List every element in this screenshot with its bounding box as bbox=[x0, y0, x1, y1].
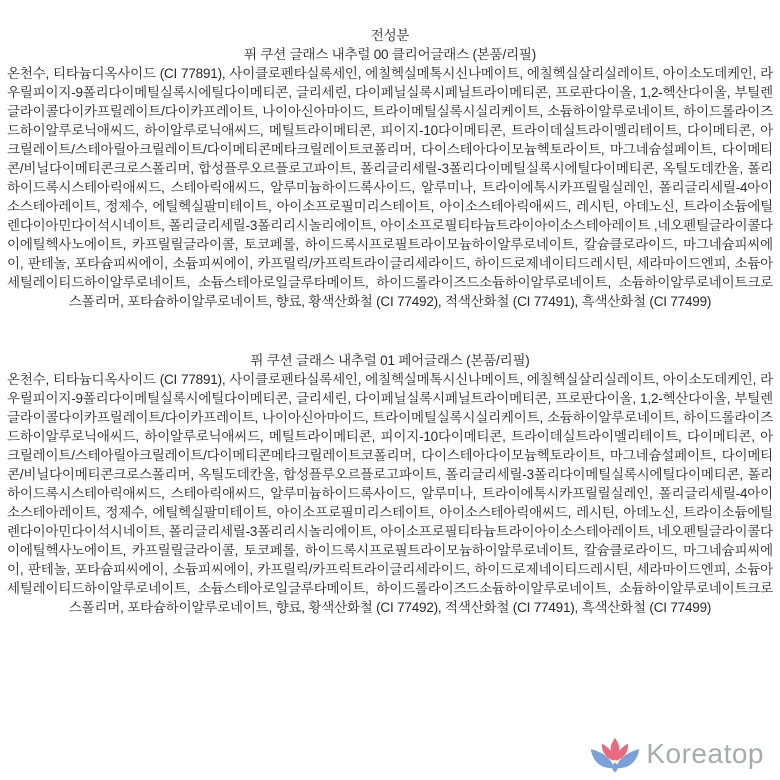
ingredients-text-01: 온천수, 티타늄디옥사이드 (CI 77891), 사이클로펜타실록세인, 에칠… bbox=[7, 370, 773, 617]
lotus-icon bbox=[590, 734, 640, 774]
product-section-01: 퓌 쿠션 글래스 내추럴 01 페어글래스 (본품/리필) 온천수, 티타늄디옥… bbox=[7, 351, 773, 617]
ingredients-text-00: 온천수, 티타늄디옥사이드 (CI 77891), 사이클로펜타실록세인, 에칠… bbox=[7, 64, 773, 311]
product-section-00: 퓌 쿠션 글래스 내추럴 00 클리어글래스 (본품/리필) 온천수, 티타늄디… bbox=[7, 45, 773, 311]
brand-name: Koreatop bbox=[646, 734, 764, 774]
product-name-00: 퓌 쿠션 글래스 내추럴 00 클리어글래스 (본품/리필) bbox=[7, 45, 773, 64]
brand-logo: Koreatop bbox=[590, 734, 764, 774]
page-title: 전성분 bbox=[7, 26, 773, 45]
product-name-01: 퓌 쿠션 글래스 내추럴 01 페어글래스 (본품/리필) bbox=[7, 351, 773, 370]
ingredients-document: 전성분 퓌 쿠션 글래스 내추럴 00 클리어글래스 (본품/리필) 온천수, … bbox=[0, 0, 780, 780]
